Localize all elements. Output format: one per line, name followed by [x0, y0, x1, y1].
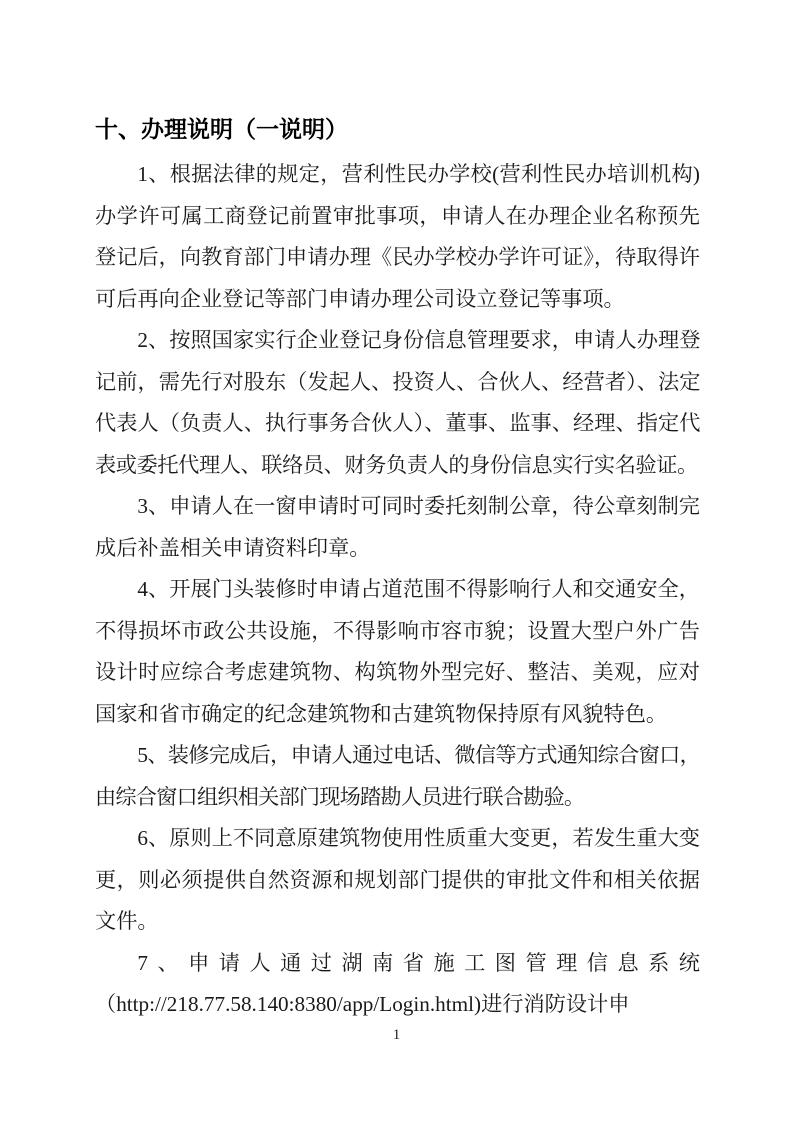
- document-page: 十、办理说明（一说明） 1、根据法律的规定，营利性民办学校(营利性民办培训机构)…: [0, 0, 793, 1122]
- document-body: 十、办理说明（一说明） 1、根据法律的规定，营利性民办学校(营利性民办培训机构)…: [95, 114, 700, 1026]
- paragraph-6: 6、原则上不同意原建筑物使用性质重大变更，若发生重大变更，则必须提供自然资源和规…: [95, 818, 700, 943]
- paragraph-1: 1、根据法律的规定，营利性民办学校(营利性民办培训机构)办学许可属工商登记前置审…: [95, 154, 700, 320]
- paragraph-3: 3、申请人在一窗申请时可同时委托刻制公章，待公章刻制完成后补盖相关申请资料印章。: [95, 486, 700, 569]
- section-title: 十、办理说明（一说明）: [95, 114, 700, 144]
- page-number: 1: [0, 1026, 793, 1044]
- paragraph-7-prefix: 7、申请人通过湖南省施工图管理信息系统: [137, 951, 700, 975]
- paragraph-7-suffix: 进行消防设计申: [481, 992, 629, 1016]
- paragraph-2: 2、按照国家实行企业登记身份信息管理要求，申请人办理登记前，需先行对股东（发起人…: [95, 320, 700, 486]
- paragraph-4: 4、开展门头装修时申请占道范围不得影响行人和交通安全，不得损坏市政公共设施，不得…: [95, 569, 700, 735]
- paragraph-7: 7、申请人通过湖南省施工图管理信息系统（http://218.77.58.140…: [95, 943, 700, 1026]
- fire-design-system-url: （http://218.77.58.140:8380/app/Login.htm…: [95, 992, 481, 1016]
- paragraph-5: 5、装修完成后，申请人通过电话、微信等方式通知综合窗口，由综合窗口组织相关部门现…: [95, 735, 700, 818]
